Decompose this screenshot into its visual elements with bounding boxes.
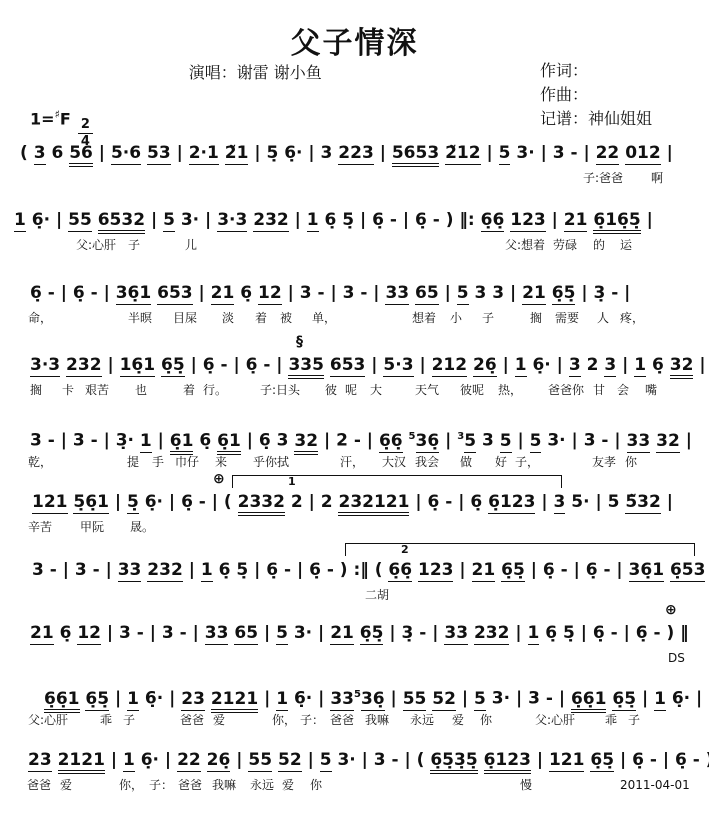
lyric-text: 命，	[28, 311, 52, 325]
lyric-text: 卡	[62, 383, 74, 397]
lyric-text: 你，	[119, 778, 143, 792]
score: ( 3 6 56 | 5·6 53 | 2·1 2̃1 | 5̣ 6̣· | 3…	[0, 0, 709, 815]
score-line: 6̣ - | 6̣ - | 36̣1 653 | 21 6̣ 12 | 3 - …	[0, 280, 709, 342]
lyric-text: 汗，	[340, 455, 364, 469]
lyric-text: 儿	[185, 238, 197, 252]
volta-1-bracket: 1	[232, 475, 562, 488]
lyric-text: 大汉	[382, 455, 406, 469]
lyric-text: 也	[135, 383, 147, 397]
notes-row: 3 - | 3 - | 3̣· 1 | 6̣1 6̣ 6̣1 | 6̣ 3 32…	[0, 424, 709, 454]
lyric-text: 你	[480, 713, 492, 727]
lyric-text: 着	[183, 383, 195, 397]
lyric-text: 子:爸爸	[583, 171, 623, 185]
notes-row: 3 - | 3 - | 33 232 | 1 6̣ 5̣ | 6̣ - | 6̣…	[0, 557, 709, 583]
score-line: ( 3 6 56 | 5·6 53 | 2·1 2̃1 | 5̣ 6̣· | 3…	[0, 140, 709, 202]
lyric-text: 爱	[282, 778, 294, 792]
lyric-text: 子	[123, 713, 135, 727]
lyric-text: 乖	[605, 713, 617, 727]
lyric-text: 搁	[530, 311, 542, 325]
lyric-text: 你，	[272, 713, 296, 727]
lyric-text: 呢	[345, 383, 357, 397]
coda-icon: ⊕	[665, 603, 677, 617]
lyric-text: 的	[593, 238, 605, 252]
score-line: 21 6̣ 12 | 3 - | 3 - | 33 65 | 5 3· | 21…	[0, 620, 709, 682]
lyric-text: 子	[628, 713, 640, 727]
notes-row: 21 6̣ 12 | 3 - | 3 - | 33 65 | 5 3· | 21…	[0, 620, 709, 646]
lyric-text: 单，	[312, 311, 336, 325]
lyric-text: 来	[215, 455, 227, 469]
lyric-text: 我会	[415, 455, 439, 469]
lyric-text: 乖	[100, 713, 112, 727]
lyric-text: 爱	[452, 713, 464, 727]
lyric-text: 友孝	[592, 455, 616, 469]
lyric-text: 好	[495, 455, 507, 469]
lyric-text: 你	[310, 778, 322, 792]
notes-row: 121 5̣6̣1 | 5̣ 6̣· | 6̣ - | ( 2332 2 | 2…	[0, 489, 709, 515]
date-label: 2011-04-01	[620, 778, 690, 792]
segno-icon: §	[296, 335, 303, 349]
lyric-text: 爸爸	[27, 778, 51, 792]
lyric-text: 被	[280, 311, 292, 325]
lyric-text: 想着	[412, 311, 436, 325]
lyric-text: 运	[620, 238, 632, 252]
lyric-text: 提	[127, 455, 139, 469]
lyric-text: 啊	[651, 171, 663, 185]
lyric-text: 晟。	[130, 520, 154, 534]
score-line: 121 5̣6̣1 | 5̣ 6̣· | 6̣ - | ( 2332 2 | 2…	[0, 489, 709, 551]
lyric-text: 彼呢	[460, 383, 484, 397]
lyric-text: 子：	[300, 713, 324, 727]
lyric-text: 人	[597, 311, 609, 325]
lyric-text: 你	[625, 455, 637, 469]
lyric-text: 彼	[325, 383, 337, 397]
lyric-text: 我嘛	[365, 713, 389, 727]
notes-row: 23 2121 | 1 6̣· | 22 26̣ | 55 52 | 5 3· …	[0, 747, 709, 773]
lyric-text: 永远	[410, 713, 434, 727]
lyric-text: 爸爸	[180, 713, 204, 727]
lyric-text: 半暝	[128, 311, 152, 325]
instrument-label: 二胡	[365, 588, 389, 602]
sheet-music-page: 父子情深 演唱：谢雷 谢小鱼 作词： 作曲： 记谱：神仙姐姐 1=♯F24 ( …	[0, 0, 709, 815]
lyric-text: 子	[128, 238, 140, 252]
lyric-text: 目屎	[173, 311, 197, 325]
lyric-text: 父:心肝	[76, 238, 116, 252]
lyric-text: 爱	[213, 713, 225, 727]
notes-row: 3·3 232 | 16̣1 6̣5̣ | 6̣ - | 6̣ - | 335 …	[0, 352, 709, 378]
score-line: 3·3 232 | 16̣1 6̣5̣ | 6̣ - | 6̣ - | 335 …	[0, 352, 709, 414]
notes-row: 6̣6̣1 6̣5̣ | 1 6̣· | 23 2121 | 1 6̣· | 3…	[0, 682, 709, 712]
lyric-text: 行。	[203, 383, 227, 397]
lyric-text: 子	[482, 311, 494, 325]
lyric-text: 子：	[149, 778, 173, 792]
lyric-text: 疼，	[620, 311, 644, 325]
lyric-text: 乎你拭	[253, 455, 289, 469]
score-line: 23 2121 | 1 6̣· | 22 26̣ | 55 52 | 5 3· …	[0, 747, 709, 809]
lyric-text: 父:想着	[505, 238, 545, 252]
notes-row: ( 3 6 56 | 5·6 53 | 2·1 2̃1 | 5̣ 6̣· | 3…	[0, 140, 709, 166]
lyric-text: 巾仔	[175, 455, 199, 469]
lyric-text: 子:日头	[260, 383, 300, 397]
lyric-text: 爱	[60, 778, 72, 792]
lyric-text: 爸爸	[330, 713, 354, 727]
lyric-text: 做	[460, 455, 472, 469]
tempo-label: 慢	[520, 778, 532, 792]
coda-icon: ⊕	[213, 472, 225, 486]
lyric-text: 父:心肝	[28, 713, 68, 727]
lyric-text: 永远	[250, 778, 274, 792]
lyric-text: 嘴	[645, 383, 657, 397]
lyric-text: 乾，	[28, 455, 52, 469]
lyric-text: 需要	[555, 311, 579, 325]
lyric-text: 大	[370, 383, 382, 397]
lyric-text: 热，	[498, 383, 522, 397]
lyric-text: 甲阮	[80, 520, 104, 534]
lyric-text: 爸爸	[178, 778, 202, 792]
score-line: 1 6̣· | 55 6532 | 5 3· | 3·3 232 | 1 6̣ …	[0, 207, 709, 269]
lyric-text: 淡	[222, 311, 234, 325]
score-line: 6̣6̣1 6̣5̣ | 1 6̣· | 23 2121 | 1 6̣· | 3…	[0, 682, 709, 744]
lyric-text: 子，	[515, 455, 539, 469]
lyric-text: 小	[450, 311, 462, 325]
lyric-text: 艰苦	[85, 383, 109, 397]
lyric-text: 着	[255, 311, 267, 325]
lyric-text: 搁	[30, 383, 42, 397]
lyric-text: 爸爸你	[548, 383, 584, 397]
lyric-text: 手	[152, 455, 164, 469]
notes-row: 1 6̣· | 55 6532 | 5 3· | 3·3 232 | 1 6̣ …	[0, 207, 709, 233]
volta-2-bracket: 2	[345, 543, 695, 556]
notes-row: 6̣ - | 6̣ - | 36̣1 653 | 21 6̣ 12 | 3 - …	[0, 280, 709, 306]
score-line: 3 - | 3 - | 33 232 | 1 6̣ 5̣ | 6̣ - | 6̣…	[0, 557, 709, 619]
lyric-text: 我嘛	[212, 778, 236, 792]
lyric-text: 劳碌	[553, 238, 577, 252]
lyric-text: 甘	[593, 383, 605, 397]
lyric-text: 天气	[415, 383, 439, 397]
ds-label: DS	[668, 651, 685, 665]
lyric-text: 会	[617, 383, 629, 397]
lyric-text: 辛苦	[28, 520, 52, 534]
lyric-text: 父:心肝	[535, 713, 575, 727]
